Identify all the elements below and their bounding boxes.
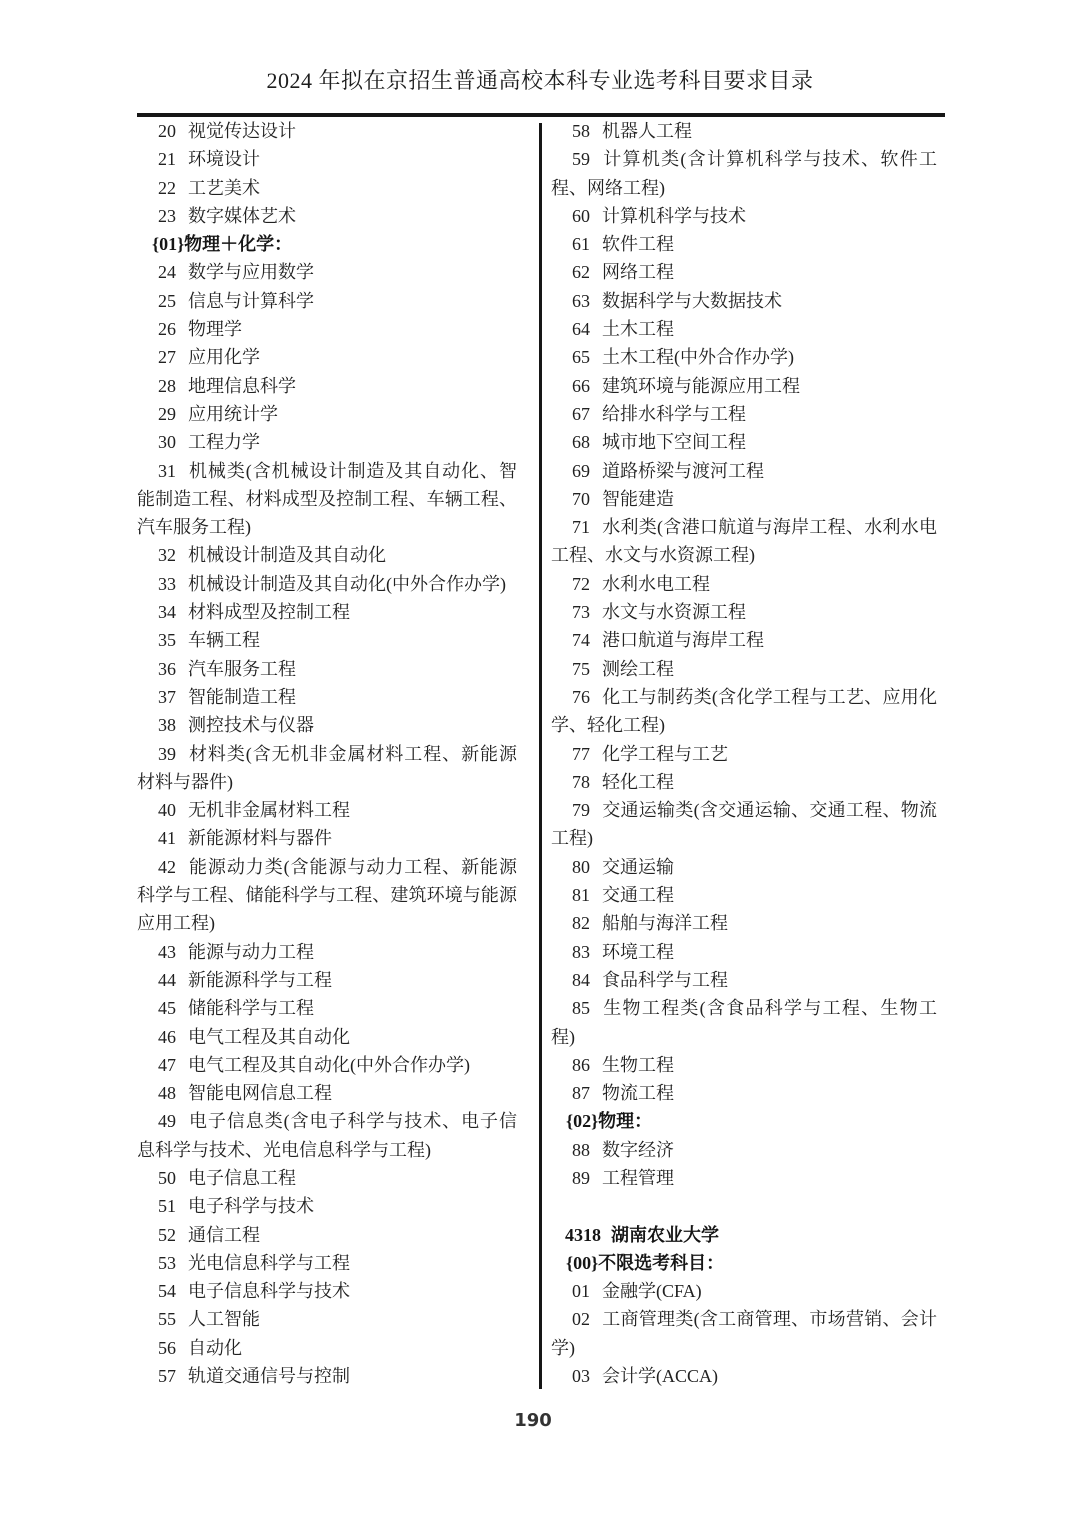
major-number: 64 — [572, 319, 590, 339]
major-name: 给排水科学与工程 — [602, 404, 746, 424]
major-name: 能源动力类(含能源与动力工程、新能源科学与工程、储能科学与工程、建筑环境与能源应… — [137, 857, 517, 934]
major-entry: 25信息与计算科学 — [137, 287, 517, 315]
major-entry: 33机械设计制造及其自动化(中外合作办学) — [137, 570, 517, 598]
major-number: 80 — [572, 857, 590, 877]
major-number: 61 — [572, 234, 590, 254]
major-name: 工商管理类(含工商管理、市场营销、会计学) — [551, 1309, 937, 1357]
major-entry: 70智能建造 — [551, 485, 937, 513]
major-number: 32 — [158, 545, 176, 565]
major-entry: 39材料类(含无机非金属材料工程、新能源材料与器件) — [137, 740, 517, 797]
major-number: 34 — [158, 602, 176, 622]
major-number: 23 — [158, 206, 176, 226]
major-name: 新能源科学与工程 — [188, 970, 332, 990]
major-entry: 36汽车服务工程 — [137, 655, 517, 683]
major-name: 船舶与海洋工程 — [602, 913, 728, 933]
major-number: 02 — [572, 1309, 590, 1329]
major-number: 26 — [158, 319, 176, 339]
major-entry: 51电子科学与技术 — [137, 1192, 517, 1220]
major-number: 85 — [572, 998, 590, 1018]
major-name: 网络工程 — [602, 262, 674, 282]
major-number: 76 — [572, 687, 590, 707]
major-name: 城市地下空间工程 — [602, 432, 746, 452]
major-number: 65 — [572, 347, 590, 367]
major-number: 37 — [158, 687, 176, 707]
major-entry: 27应用化学 — [137, 343, 517, 371]
major-name: 电气工程及其自动化 — [188, 1027, 350, 1047]
right-column: 58机器人工程59计算机类(含计算机科学与技术、软件工程、网络工程)60计算机科… — [551, 117, 937, 1390]
major-number: 88 — [572, 1140, 590, 1160]
major-entry: 20视觉传达设计 — [137, 117, 517, 145]
major-entry: 34材料成型及控制工程 — [137, 598, 517, 626]
major-entry: 58机器人工程 — [551, 117, 937, 145]
major-entry: 26物理学 — [137, 315, 517, 343]
major-name: 测控技术与仪器 — [188, 715, 314, 735]
major-entry: 53光电信息科学与工程 — [137, 1249, 517, 1277]
subject-group-header: {00}不限选考科目： — [551, 1249, 937, 1277]
major-name: 金融学(CFA) — [602, 1281, 702, 1301]
major-number: 70 — [572, 489, 590, 509]
major-entry: 49电子信息类(含电子科学与技术、电子信息科学与技术、光电信息科学与工程) — [137, 1107, 517, 1164]
major-entry: 43能源与动力工程 — [137, 938, 517, 966]
major-name: 储能科学与工程 — [188, 998, 314, 1018]
major-entry: 31机械类(含机械设计制造及其自动化、智能制造工程、材料成型及控制工程、车辆工程… — [137, 457, 517, 542]
major-name: 自动化 — [188, 1338, 242, 1358]
major-number: 24 — [158, 262, 176, 282]
major-number: 31 — [158, 461, 176, 481]
major-number: 78 — [572, 772, 590, 792]
major-entry: 32机械设计制造及其自动化 — [137, 541, 517, 569]
major-name: 轨道交通信号与控制 — [188, 1366, 350, 1386]
major-entry: 41新能源材料与器件 — [137, 824, 517, 852]
major-name: 光电信息科学与工程 — [188, 1253, 350, 1273]
major-number: 69 — [572, 461, 590, 481]
major-entry: 21环境设计 — [137, 145, 517, 173]
major-name: 电子科学与技术 — [188, 1196, 314, 1216]
major-entry: 82船舶与海洋工程 — [551, 909, 937, 937]
major-number: 87 — [572, 1083, 590, 1103]
major-entry: 72水利水电工程 — [551, 570, 937, 598]
major-name: 交通运输 — [602, 857, 674, 877]
major-name: 应用统计学 — [188, 404, 278, 424]
major-name: 工程力学 — [188, 432, 260, 452]
major-entry: 22工艺美术 — [137, 174, 517, 202]
major-name: 计算机科学与技术 — [602, 206, 746, 226]
major-number: 53 — [158, 1253, 176, 1273]
major-entry: 02工商管理类(含工商管理、市场营销、会计学) — [551, 1305, 937, 1362]
major-name: 数字媒体艺术 — [188, 206, 296, 226]
major-number: 22 — [158, 178, 176, 198]
major-number: 60 — [572, 206, 590, 226]
blank-line — [551, 1192, 937, 1220]
major-entry: 69道路桥梁与渡河工程 — [551, 457, 937, 485]
major-number: 01 — [572, 1281, 590, 1301]
major-entry: 77化学工程与工艺 — [551, 740, 937, 768]
major-entry: 62网络工程 — [551, 258, 937, 286]
major-number: 52 — [158, 1225, 176, 1245]
major-number: 73 — [572, 602, 590, 622]
major-name: 交通运输类(含交通运输、交通工程、物流工程) — [551, 800, 937, 848]
major-number: 42 — [158, 857, 176, 877]
major-name: 数据科学与大数据技术 — [602, 291, 782, 311]
major-entry: 60计算机科学与技术 — [551, 202, 937, 230]
major-name: 交通工程 — [602, 885, 674, 905]
major-number: 77 — [572, 744, 590, 764]
major-entry: 64土木工程 — [551, 315, 937, 343]
major-name: 会计学(ACCA) — [602, 1366, 718, 1386]
major-entry: 63数据科学与大数据技术 — [551, 287, 937, 315]
major-entry: 83环境工程 — [551, 938, 937, 966]
major-entry: 54电子信息科学与技术 — [137, 1277, 517, 1305]
major-number: 46 — [158, 1027, 176, 1047]
major-name: 材料类(含无机非金属材料工程、新能源材料与器件) — [137, 744, 517, 792]
page-number: 190 — [0, 1410, 1066, 1431]
major-number: 84 — [572, 970, 590, 990]
major-name: 生物工程 — [602, 1055, 674, 1075]
major-name: 智能电网信息工程 — [188, 1083, 332, 1103]
major-entry: 89工程管理 — [551, 1164, 937, 1192]
major-entry: 74港口航道与海岸工程 — [551, 626, 937, 654]
major-number: 30 — [158, 432, 176, 452]
major-entry: 86生物工程 — [551, 1051, 937, 1079]
major-name: 软件工程 — [602, 234, 674, 254]
major-entry: 52通信工程 — [137, 1221, 517, 1249]
major-name: 视觉传达设计 — [188, 121, 296, 141]
major-entry: 73水文与水资源工程 — [551, 598, 937, 626]
major-name: 电子信息类(含电子科学与技术、电子信息科学与技术、光电信息科学与工程) — [137, 1111, 517, 1159]
major-number: 44 — [158, 970, 176, 990]
major-entry: 35车辆工程 — [137, 626, 517, 654]
major-name: 机器人工程 — [602, 121, 692, 141]
major-number: 41 — [158, 828, 176, 848]
major-number: 55 — [158, 1309, 176, 1329]
major-number: 50 — [158, 1168, 176, 1188]
major-name: 水利水电工程 — [602, 574, 710, 594]
major-name: 应用化学 — [188, 347, 260, 367]
major-name: 无机非金属材料工程 — [188, 800, 350, 820]
major-name: 电气工程及其自动化(中外合作办学) — [188, 1055, 470, 1075]
major-name: 生物工程类(含食品科学与工程、生物工程) — [551, 998, 937, 1046]
major-entry: 78轻化工程 — [551, 768, 937, 796]
major-entry: 50电子信息工程 — [137, 1164, 517, 1192]
major-name: 机械类(含机械设计制造及其自动化、智能制造工程、材料成型及控制工程、车辆工程、汽… — [137, 461, 517, 538]
major-entry: 67给排水科学与工程 — [551, 400, 937, 428]
major-name: 建筑环境与能源应用工程 — [602, 376, 800, 396]
major-number: 39 — [158, 744, 176, 764]
major-entry: 46电气工程及其自动化 — [137, 1023, 517, 1051]
major-name: 水利类(含港口航道与海岸工程、水利水电工程、水文与水资源工程) — [551, 517, 937, 565]
major-number: 82 — [572, 913, 590, 933]
major-number: 36 — [158, 659, 176, 679]
major-entry: 01金融学(CFA) — [551, 1277, 937, 1305]
major-number: 56 — [158, 1338, 176, 1358]
major-entry: 40无机非金属材料工程 — [137, 796, 517, 824]
major-entry: 88数字经济 — [551, 1136, 937, 1164]
major-entry: 59计算机类(含计算机科学与技术、软件工程、网络工程) — [551, 145, 937, 202]
major-name: 材料成型及控制工程 — [188, 602, 350, 622]
major-name: 地理信息科学 — [188, 376, 296, 396]
major-number: 74 — [572, 630, 590, 650]
major-number: 27 — [158, 347, 176, 367]
major-number: 35 — [158, 630, 176, 650]
major-name: 信息与计算科学 — [188, 291, 314, 311]
major-entry: 55人工智能 — [137, 1305, 517, 1333]
major-number: 25 — [158, 291, 176, 311]
major-name: 智能制造工程 — [188, 687, 296, 707]
major-number: 28 — [158, 376, 176, 396]
major-number: 67 — [572, 404, 590, 424]
major-number: 03 — [572, 1366, 590, 1386]
major-number: 63 — [572, 291, 590, 311]
major-number: 49 — [158, 1111, 176, 1131]
major-name: 智能建造 — [602, 489, 674, 509]
major-entry: 56自动化 — [137, 1334, 517, 1362]
university-code: 4318 — [565, 1225, 601, 1245]
major-entry: 85生物工程类(含食品科学与工程、生物工程) — [551, 994, 937, 1051]
major-entry: 03会计学(ACCA) — [551, 1362, 937, 1390]
major-name: 水文与水资源工程 — [602, 602, 746, 622]
major-entry: 75测绘工程 — [551, 655, 937, 683]
major-entry: 30工程力学 — [137, 428, 517, 456]
major-name: 轻化工程 — [602, 772, 674, 792]
major-name: 化工与制药类(含化学工程与工艺、应用化学、轻化工程) — [551, 687, 937, 735]
major-name: 车辆工程 — [188, 630, 260, 650]
major-number: 71 — [572, 517, 590, 537]
column-divider — [539, 123, 542, 1389]
major-name: 机械设计制造及其自动化(中外合作办学) — [188, 574, 506, 594]
major-number: 79 — [572, 800, 590, 820]
university-header: 4318湖南农业大学 — [551, 1221, 937, 1249]
major-number: 20 — [158, 121, 176, 141]
major-name: 通信工程 — [188, 1225, 260, 1245]
major-name: 环境设计 — [188, 149, 260, 169]
major-entry: 81交通工程 — [551, 881, 937, 909]
major-name: 电子信息工程 — [188, 1168, 296, 1188]
major-number: 83 — [572, 942, 590, 962]
major-name: 工艺美术 — [188, 178, 260, 198]
major-entry: 76化工与制药类(含化学工程与工艺、应用化学、轻化工程) — [551, 683, 937, 740]
major-number: 68 — [572, 432, 590, 452]
major-entry: 79交通运输类(含交通运输、交通工程、物流工程) — [551, 796, 937, 853]
major-entry: 24数学与应用数学 — [137, 258, 517, 286]
major-name: 物流工程 — [602, 1083, 674, 1103]
major-name: 环境工程 — [602, 942, 674, 962]
major-number: 58 — [572, 121, 590, 141]
major-number: 47 — [158, 1055, 176, 1075]
major-number: 54 — [158, 1281, 176, 1301]
major-entry: 80交通运输 — [551, 853, 937, 881]
major-number: 43 — [158, 942, 176, 962]
major-name: 能源与动力工程 — [188, 942, 314, 962]
subject-group-header: {02}物理： — [551, 1107, 937, 1135]
university-name: 湖南农业大学 — [611, 1225, 719, 1245]
document-title: 2024 年拟在京招生普通高校本科专业选考科目要求目录 — [0, 64, 1080, 95]
major-entry: 23数字媒体艺术 — [137, 202, 517, 230]
catalog-page: 2024 年拟在京招生普通高校本科专业选考科目要求目录 20视觉传达设计21环境… — [0, 0, 1080, 1527]
major-entry: 38测控技术与仪器 — [137, 711, 517, 739]
major-name: 数学与应用数学 — [188, 262, 314, 282]
major-name: 数字经济 — [602, 1140, 674, 1160]
major-entry: 61软件工程 — [551, 230, 937, 258]
major-name: 物理学 — [188, 319, 242, 339]
major-number: 51 — [158, 1196, 176, 1216]
major-entry: 48智能电网信息工程 — [137, 1079, 517, 1107]
major-name: 汽车服务工程 — [188, 659, 296, 679]
major-name: 港口航道与海岸工程 — [602, 630, 764, 650]
major-number: 72 — [572, 574, 590, 594]
left-column: 20视觉传达设计21环境设计22工艺美术23数字媒体艺术{01}物理＋化学：24… — [137, 117, 517, 1390]
major-number: 38 — [158, 715, 176, 735]
major-number: 33 — [158, 574, 176, 594]
major-name: 道路桥梁与渡河工程 — [602, 461, 764, 481]
major-entry: 87物流工程 — [551, 1079, 937, 1107]
major-name: 机械设计制造及其自动化 — [188, 545, 386, 565]
major-number: 59 — [572, 149, 590, 169]
major-name: 工程管理 — [602, 1168, 674, 1188]
major-number: 57 — [158, 1366, 176, 1386]
major-number: 86 — [572, 1055, 590, 1075]
major-number: 75 — [572, 659, 590, 679]
major-number: 48 — [158, 1083, 176, 1103]
major-entry: 28地理信息科学 — [137, 372, 517, 400]
major-entry: 71水利类(含港口航道与海岸工程、水利水电工程、水文与水资源工程) — [551, 513, 937, 570]
major-number: 29 — [158, 404, 176, 424]
major-number: 66 — [572, 376, 590, 396]
major-name: 土木工程 — [602, 319, 674, 339]
major-name: 新能源材料与器件 — [188, 828, 332, 848]
major-name: 电子信息科学与技术 — [188, 1281, 350, 1301]
major-entry: 29应用统计学 — [137, 400, 517, 428]
major-name: 化学工程与工艺 — [602, 744, 728, 764]
major-entry: 84食品科学与工程 — [551, 966, 937, 994]
major-name: 人工智能 — [188, 1309, 260, 1329]
major-entry: 57轨道交通信号与控制 — [137, 1362, 517, 1390]
major-number: 40 — [158, 800, 176, 820]
major-number: 81 — [572, 885, 590, 905]
major-entry: 47电气工程及其自动化(中外合作办学) — [137, 1051, 517, 1079]
major-number: 21 — [158, 149, 176, 169]
major-entry: 66建筑环境与能源应用工程 — [551, 372, 937, 400]
major-entry: 37智能制造工程 — [137, 683, 517, 711]
major-number: 45 — [158, 998, 176, 1018]
major-entry: 65土木工程(中外合作办学) — [551, 343, 937, 371]
major-entry: 68城市地下空间工程 — [551, 428, 937, 456]
major-number: 62 — [572, 262, 590, 282]
subject-group-header: {01}物理＋化学： — [137, 230, 517, 258]
major-name: 测绘工程 — [602, 659, 674, 679]
major-number: 89 — [572, 1168, 590, 1188]
major-entry: 45储能科学与工程 — [137, 994, 517, 1022]
major-entry: 44新能源科学与工程 — [137, 966, 517, 994]
major-entry: 42能源动力类(含能源与动力工程、新能源科学与工程、储能科学与工程、建筑环境与能… — [137, 853, 517, 938]
major-name: 食品科学与工程 — [602, 970, 728, 990]
major-name: 土木工程(中外合作办学) — [602, 347, 794, 367]
major-name: 计算机类(含计算机科学与技术、软件工程、网络工程) — [551, 149, 937, 197]
